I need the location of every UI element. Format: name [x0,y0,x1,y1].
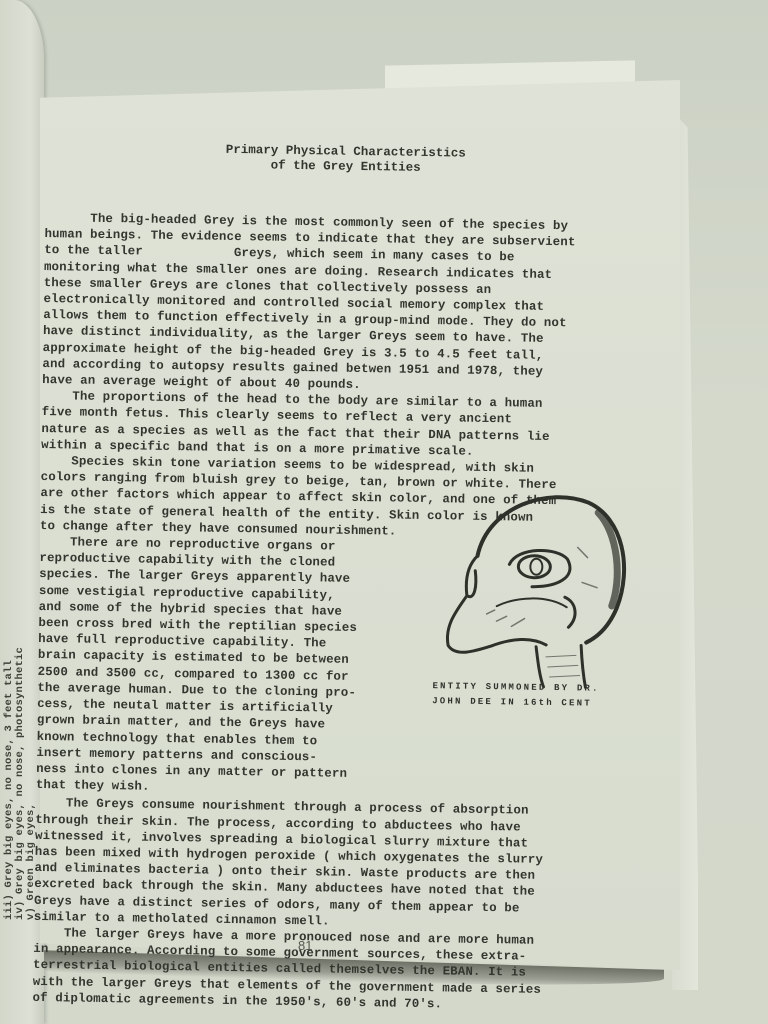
caption-line-1: ENTITY SUMMONED BY DR. [432,681,599,694]
facing-page-text: iii) Grey big eyes, no nose, 3 feet tall… [4,647,37,920]
body-paragraphs-bottom: The Greys consume nourishment through a … [32,795,635,1015]
caption-line-2: JOHN DEE IN 16th CENT [432,696,592,709]
page-title: Primary Physical Characteristics of the … [106,141,586,179]
page-number: 81 [298,938,312,953]
figure-caption: ENTITY SUMMONED BY DR. JOHN DEE IN 16th … [432,679,632,712]
page-content: Primary Physical Characteristics of the … [32,140,646,1015]
grey-entity-illustration [435,485,628,698]
